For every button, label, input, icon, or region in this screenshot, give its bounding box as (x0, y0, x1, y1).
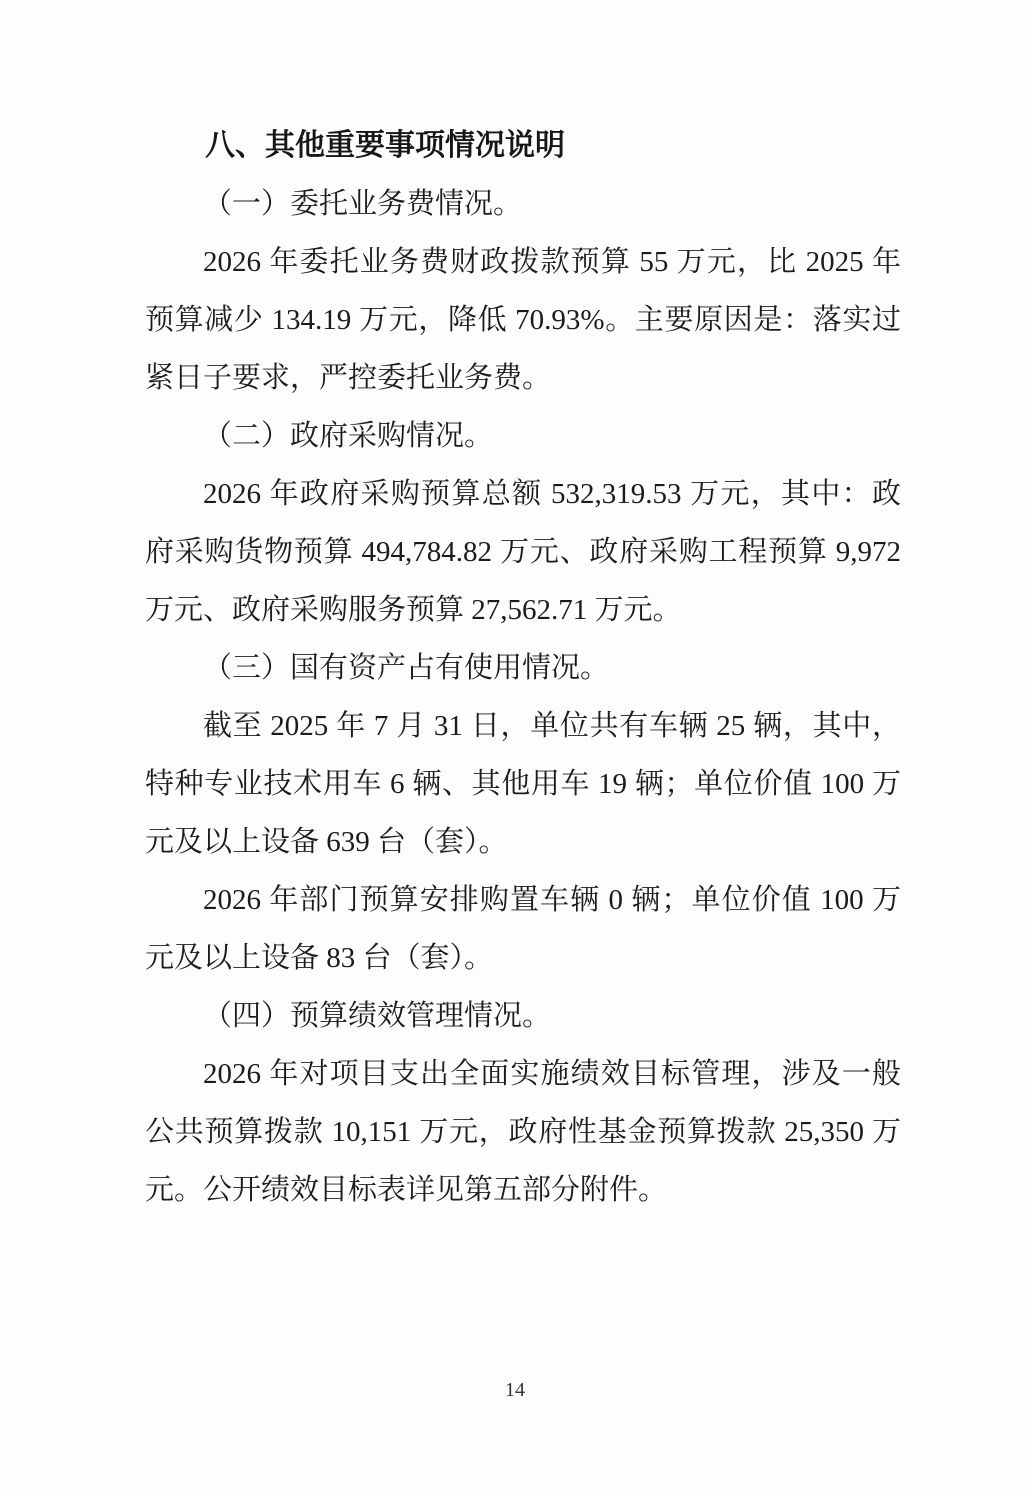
subsection-title-budget-performance: （四）预算绩效管理情况。 (145, 987, 901, 1045)
paragraph-entrusted-business-fee: 2026 年委托业务费财政拨款预算 55 万元，比 2025 年预算减少 134… (145, 233, 901, 407)
page-number: 14 (0, 1378, 1030, 1402)
paragraph-state-owned-assets-2026: 2026 年部门预算安排购置车辆 0 辆；单位价值 100 万元及以上设备 83… (145, 871, 901, 987)
section-heading-other-important-matters: 八、其他重要事项情况说明 (145, 117, 901, 175)
paragraph-state-owned-assets-current: 截至 2025 年 7 月 31 日，单位共有车辆 25 辆，其中，特种专业技术… (145, 697, 901, 871)
subsection-title-entrusted-business-fee: （一）委托业务费情况。 (145, 175, 901, 233)
paragraph-government-procurement: 2026 年政府采购预算总额 532,319.53 万元，其中：政府采购货物预算… (145, 465, 901, 639)
subsection-title-government-procurement: （二）政府采购情况。 (145, 407, 901, 465)
paragraph-budget-performance: 2026 年对项目支出全面实施绩效目标管理，涉及一般公共预算拨款 10,151 … (145, 1045, 901, 1219)
subsection-title-state-owned-assets: （三）国有资产占有使用情况。 (145, 639, 901, 697)
document-page: 八、其他重要事项情况说明 （一）委托业务费情况。 2026 年委托业务费财政拨款… (0, 0, 1030, 1490)
document-content: 八、其他重要事项情况说明 （一）委托业务费情况。 2026 年委托业务费财政拨款… (145, 117, 901, 1219)
